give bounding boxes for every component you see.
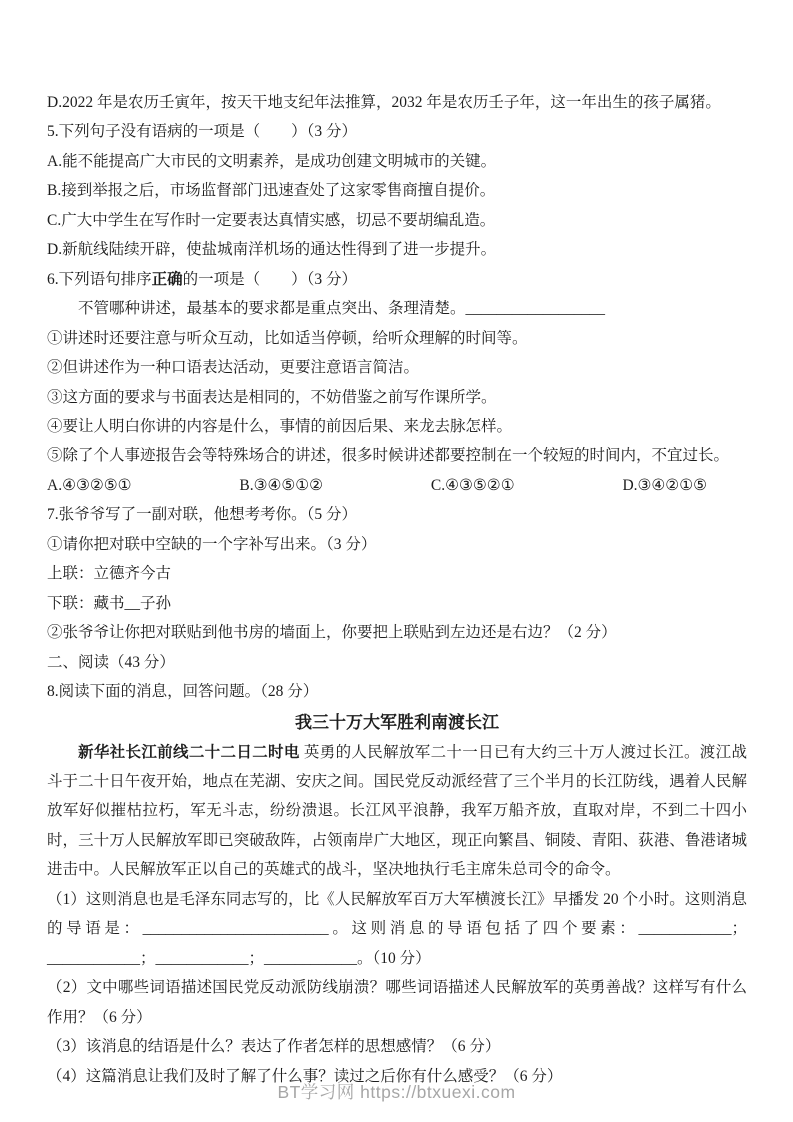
section2-heading: 二、阅读（43 分） <box>47 648 747 677</box>
q5-option-c: C.广大中学生在写作时一定要表达真情实感，切忌不要胡编乱造。 <box>47 206 747 235</box>
q6-sentence-4: ④要让人明白你讲的内容是什么，事情的前因后果、来龙去脉怎样。 <box>47 412 747 441</box>
q6-choice-b: B.③④⑤①② <box>239 471 323 500</box>
q6-sentence-5: ⑤除了个人事迹报告会等特殊场合的讲述，很多时候讲述都要控制在一个较短的时间内，不… <box>47 441 747 470</box>
q6-stem-bold: 正确 <box>152 271 183 288</box>
q8-news-dateline: 新华社长江前线二十二日二时电 <box>78 744 300 761</box>
q8-news-paragraph: 新华社长江前线二十二日二时电 英勇的人民解放军二十一日已有大约三十万人渡过长江。… <box>47 738 747 885</box>
q7-sub1: ①请你把对联中空缺的一个字补写出来。（3 分） <box>47 530 747 559</box>
q6-choice-c: C.④③⑤②① <box>431 471 515 500</box>
q6-lead-blank: __________________ <box>466 300 606 317</box>
exam-content: D.2022 年是农历壬寅年，按天干地支纪年法推算，2032 年是农历壬子年，这… <box>0 0 793 1091</box>
q6-sentence-2: ②但讲述作为一种口语表达活动，更要注意语言简洁。 <box>47 353 747 382</box>
q7-stem: 7.张爷爷写了一副对联，他想考考你。（5 分） <box>47 500 747 529</box>
q6-choices-row: A.④③②⑤① B.③④⑤①② C.④③⑤②① D.③④②①⑤ <box>47 471 707 500</box>
q5-option-b: B.接到举报之后，市场监督部门迅速查处了这家零售商擅自提价。 <box>47 176 747 205</box>
q5-option-a: A.能不能提高广大市民的文明素养，是成功创建文明城市的关键。 <box>47 147 747 176</box>
q7-sub2: ②张爷爷让你把对联贴到他书房的墙面上，你要把上联贴到左边还是右边？（2 分） <box>47 618 747 647</box>
q6-stem-post: 的一项是（ ）（3 分） <box>183 271 357 288</box>
q6-sentence-1: ①讲述时还要注意与听众互动，比如适当停顿，给听众理解的时间等。 <box>47 324 747 353</box>
exam-paper-page: D.2022 年是农历壬寅年，按天干地支纪年法推算，2032 年是农历壬子年，这… <box>0 0 793 1122</box>
q8-sub-question-2: （2）文中哪些词语描述国民党反动派防线崩溃？哪些词语描述人民解放军的英勇善战？这… <box>47 973 747 1032</box>
q5-stem: 5.下列句子没有语病的一项是（ ）（3 分） <box>47 117 747 146</box>
q4-option-d: D.2022 年是农历壬寅年，按天干地支纪年法推算，2032 年是农历壬子年，这… <box>47 88 747 117</box>
watermark-footer: BT学习网 https://btxuexi.com <box>0 1079 793 1104</box>
q6-choice-d: D.③④②①⑤ <box>622 471 707 500</box>
q6-lead-sentence: 不管哪种讲述，最基本的要求都是重点突出、条理清楚。_______________… <box>47 294 747 323</box>
q8-sub-question-3: （3）该消息的结语是什么？表达了作者怎样的思想感情？（6 分） <box>47 1032 747 1061</box>
q7-couplet-lower: 下联：藏书__子孙 <box>47 589 747 618</box>
q8-stem: 8.阅读下面的消息，回答问题。（28 分） <box>47 677 747 706</box>
q6-stem-pre: 6.下列语句排序 <box>47 271 152 288</box>
q6-stem: 6.下列语句排序正确的一项是（ ）（3 分） <box>47 265 747 294</box>
q8-sub-question-1: （1）这则消息也是毛泽东同志写的，比《人民解放军百万大军横渡长江》早播发 20 … <box>47 885 747 973</box>
q7-couplet-upper: 上联：立德齐今古 <box>47 559 747 588</box>
q5-option-d: D.新航线陆续开辟，使盐城南洋机场的通达性得到了进一步提升。 <box>47 235 747 264</box>
q6-choice-a: A.④③②⑤① <box>47 471 132 500</box>
q6-sentence-3: ③这方面的要求与书面表达是相同的，不妨借鉴之前写作课所学。 <box>47 383 747 412</box>
q8-news-body: 英勇的人民解放军二十一日已有大约三十万人渡过长江。渡江战斗于二十日午夜开始，地点… <box>47 744 747 879</box>
q8-news-title: 我三十万大军胜利南渡长江 <box>47 707 747 738</box>
